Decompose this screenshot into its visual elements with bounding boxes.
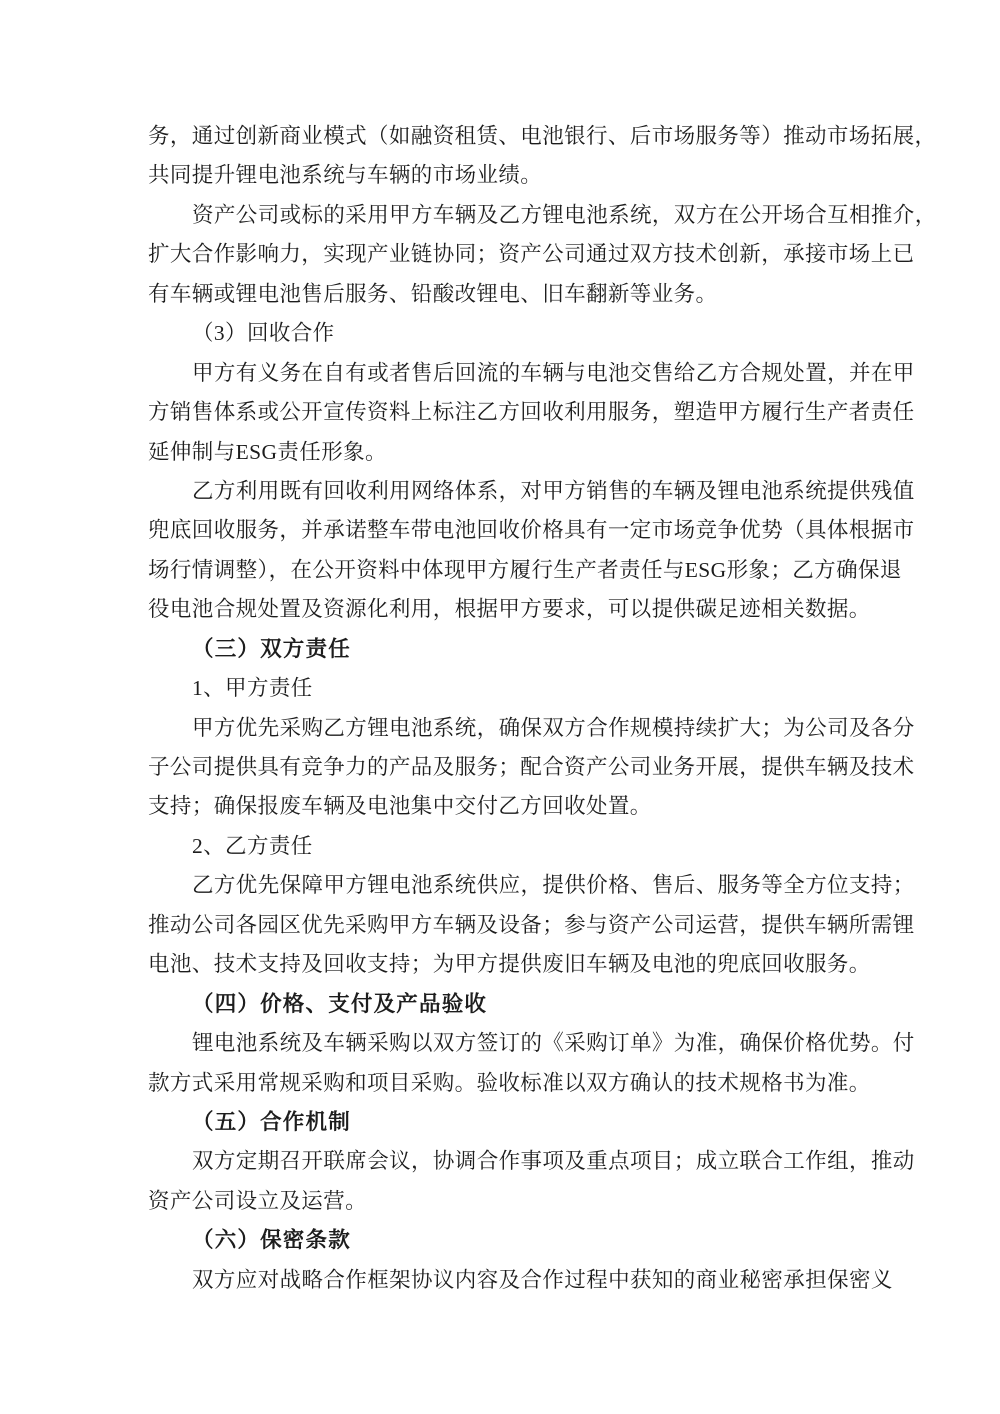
text-line: 双方应对战略合作框架协议内容及合作过程中获知的商业秘密承担保密义	[148, 1261, 866, 1300]
text-line: 役电池合规处置及资源化利用，根据甲方要求，可以提供碳足迹相关数据。	[148, 590, 866, 629]
document-text-block: 务，通过创新商业模式（如融资租赁、电池银行、后市场服务等）推动市场拓展，共同提升…	[148, 117, 866, 1300]
section-heading-line: （三）双方责任	[148, 630, 866, 669]
text-line: 2、乙方责任	[148, 827, 866, 866]
text-line: 兜底回收服务，并承诺整车带电池回收价格具有一定市场竞争优势（具体根据市	[148, 511, 866, 550]
text-line: 锂电池系统及车辆采购以双方签订的《采购订单》为准，确保价格优势。付	[148, 1024, 866, 1063]
text-line: 资产公司设立及运营。	[148, 1182, 866, 1221]
section-heading-line: （六）保密条款	[148, 1221, 866, 1260]
text-line: 方销售体系或公开宣传资料上标注乙方回收利用服务，塑造甲方履行生产者责任	[148, 393, 866, 432]
text-line: 款方式采用常规采购和项目采购。验收标准以双方确认的技术规格书为准。	[148, 1064, 866, 1103]
text-line: （3）回收合作	[148, 314, 866, 353]
text-line: 支持；确保报废车辆及电池集中交付乙方回收处置。	[148, 787, 866, 826]
text-line: 扩大合作影响力，实现产业链协同；资产公司通过双方技术创新，承接市场上已	[148, 235, 866, 274]
text-line: 务，通过创新商业模式（如融资租赁、电池银行、后市场服务等）推动市场拓展，	[148, 117, 866, 156]
section-heading-line: （五）合作机制	[148, 1103, 866, 1142]
text-line: 双方定期召开联席会议，协调合作事项及重点项目；成立联合工作组，推动	[148, 1142, 866, 1181]
text-line: 子公司提供具有竞争力的产品及服务；配合资产公司业务开展，提供车辆及技术	[148, 748, 866, 787]
text-line: 推动公司各园区优先采购甲方车辆及设备；参与资产公司运营，提供车辆所需锂	[148, 906, 866, 945]
document-page: 务，通过创新商业模式（如融资租赁、电池银行、后市场服务等）推动市场拓展，共同提升…	[0, 0, 1000, 1414]
text-line: 延伸制与ESG责任形象。	[148, 433, 866, 472]
text-line: 有车辆或锂电池售后服务、铅酸改锂电、旧车翻新等业务。	[148, 275, 866, 314]
section-heading-line: （四）价格、支付及产品验收	[148, 985, 866, 1024]
text-line: 甲方优先采购乙方锂电池系统，确保双方合作规模持续扩大；为公司及各分	[148, 709, 866, 748]
text-line: 乙方利用既有回收利用网络体系，对甲方销售的车辆及锂电池系统提供残值	[148, 472, 866, 511]
text-line: 场行情调整），在公开资料中体现甲方履行生产者责任与ESG形象；乙方确保退	[148, 551, 866, 590]
text-line: 甲方有义务在自有或者售后回流的车辆与电池交售给乙方合规处置，并在甲	[148, 354, 866, 393]
text-line: 电池、技术支持及回收支持；为甲方提供废旧车辆及电池的兜底回收服务。	[148, 945, 866, 984]
text-line: 乙方优先保障甲方锂电池系统供应，提供价格、售后、服务等全方位支持；	[148, 866, 866, 905]
text-line: 资产公司或标的采用甲方车辆及乙方锂电池系统，双方在公开场合互相推介，	[148, 196, 866, 235]
text-line: 共同提升锂电池系统与车辆的市场业绩。	[148, 156, 866, 195]
text-line: 1、甲方责任	[148, 669, 866, 708]
